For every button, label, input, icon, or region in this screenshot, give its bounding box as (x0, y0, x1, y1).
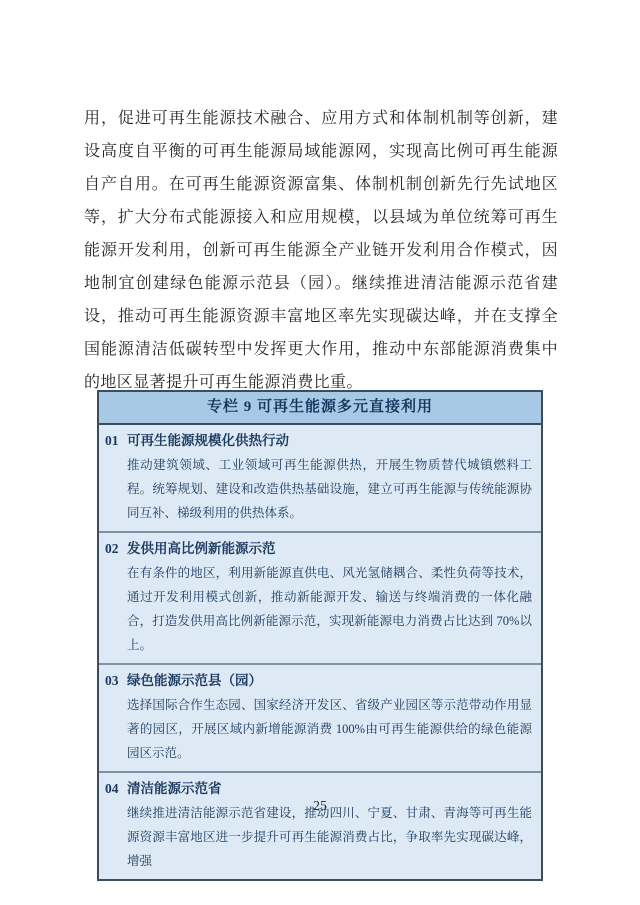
section-title-text: 发供用高比例新能源示范 (127, 541, 276, 556)
section-body: 在有条件的地区，利用新能源直供电、风光氢储耦合、柔性负荷等技术，通过开发利用模式… (127, 561, 532, 657)
section-title-text: 可再生能源规模化供热行动 (127, 433, 289, 448)
body-paragraph: 用，促进可再生能源技术融合、应用方式和体制机制等创新，建设高度自平衡的可再生能源… (84, 102, 558, 399)
section-number: 04 (105, 777, 127, 801)
box-section-04: 04清洁能源示范省 继续推进清洁能源示范省建设，推动四川、宁夏、甘肃、青海等可再… (99, 771, 541, 879)
box-section-01: 01可再生能源规模化供热行动 推动建筑领域、工业领域可再生能源供热，开展生物质替… (99, 425, 541, 531)
section-body: 选择国际合作生态园、国家经济开发区、省级产业园区等示范带动作用显著的园区，开展区… (127, 693, 532, 765)
section-title-text: 清洁能源示范省 (127, 781, 222, 796)
box-section-02: 02发供用高比例新能源示范 在有条件的地区，利用新能源直供电、风光氢储耦合、柔性… (99, 531, 541, 663)
section-title: 02发供用高比例新能源示范 (105, 537, 532, 561)
section-title-text: 绿色能源示范县（园） (127, 673, 262, 688)
section-number: 01 (105, 429, 127, 453)
section-body: 推动建筑领域、工业领域可再生能源供热，开展生物质替代城镇燃料工程。统筹规划、建设… (127, 453, 532, 525)
section-number: 02 (105, 537, 127, 561)
section-number: 03 (105, 669, 127, 693)
page-number: 25 (0, 799, 640, 815)
section-title: 01可再生能源规模化供热行动 (105, 429, 532, 453)
box-section-03: 03绿色能源示范县（园） 选择国际合作生态园、国家经济开发区、省级产业园区等示范… (99, 663, 541, 771)
document-page: 用，促进可再生能源技术融合、应用方式和体制机制等创新，建设高度自平衡的可再生能源… (0, 0, 640, 905)
column-box-title: 专栏 9 可再生能源多元直接利用 (99, 392, 541, 425)
section-title: 03绿色能源示范县（园） (105, 669, 532, 693)
section-title: 04清洁能源示范省 (105, 777, 532, 801)
